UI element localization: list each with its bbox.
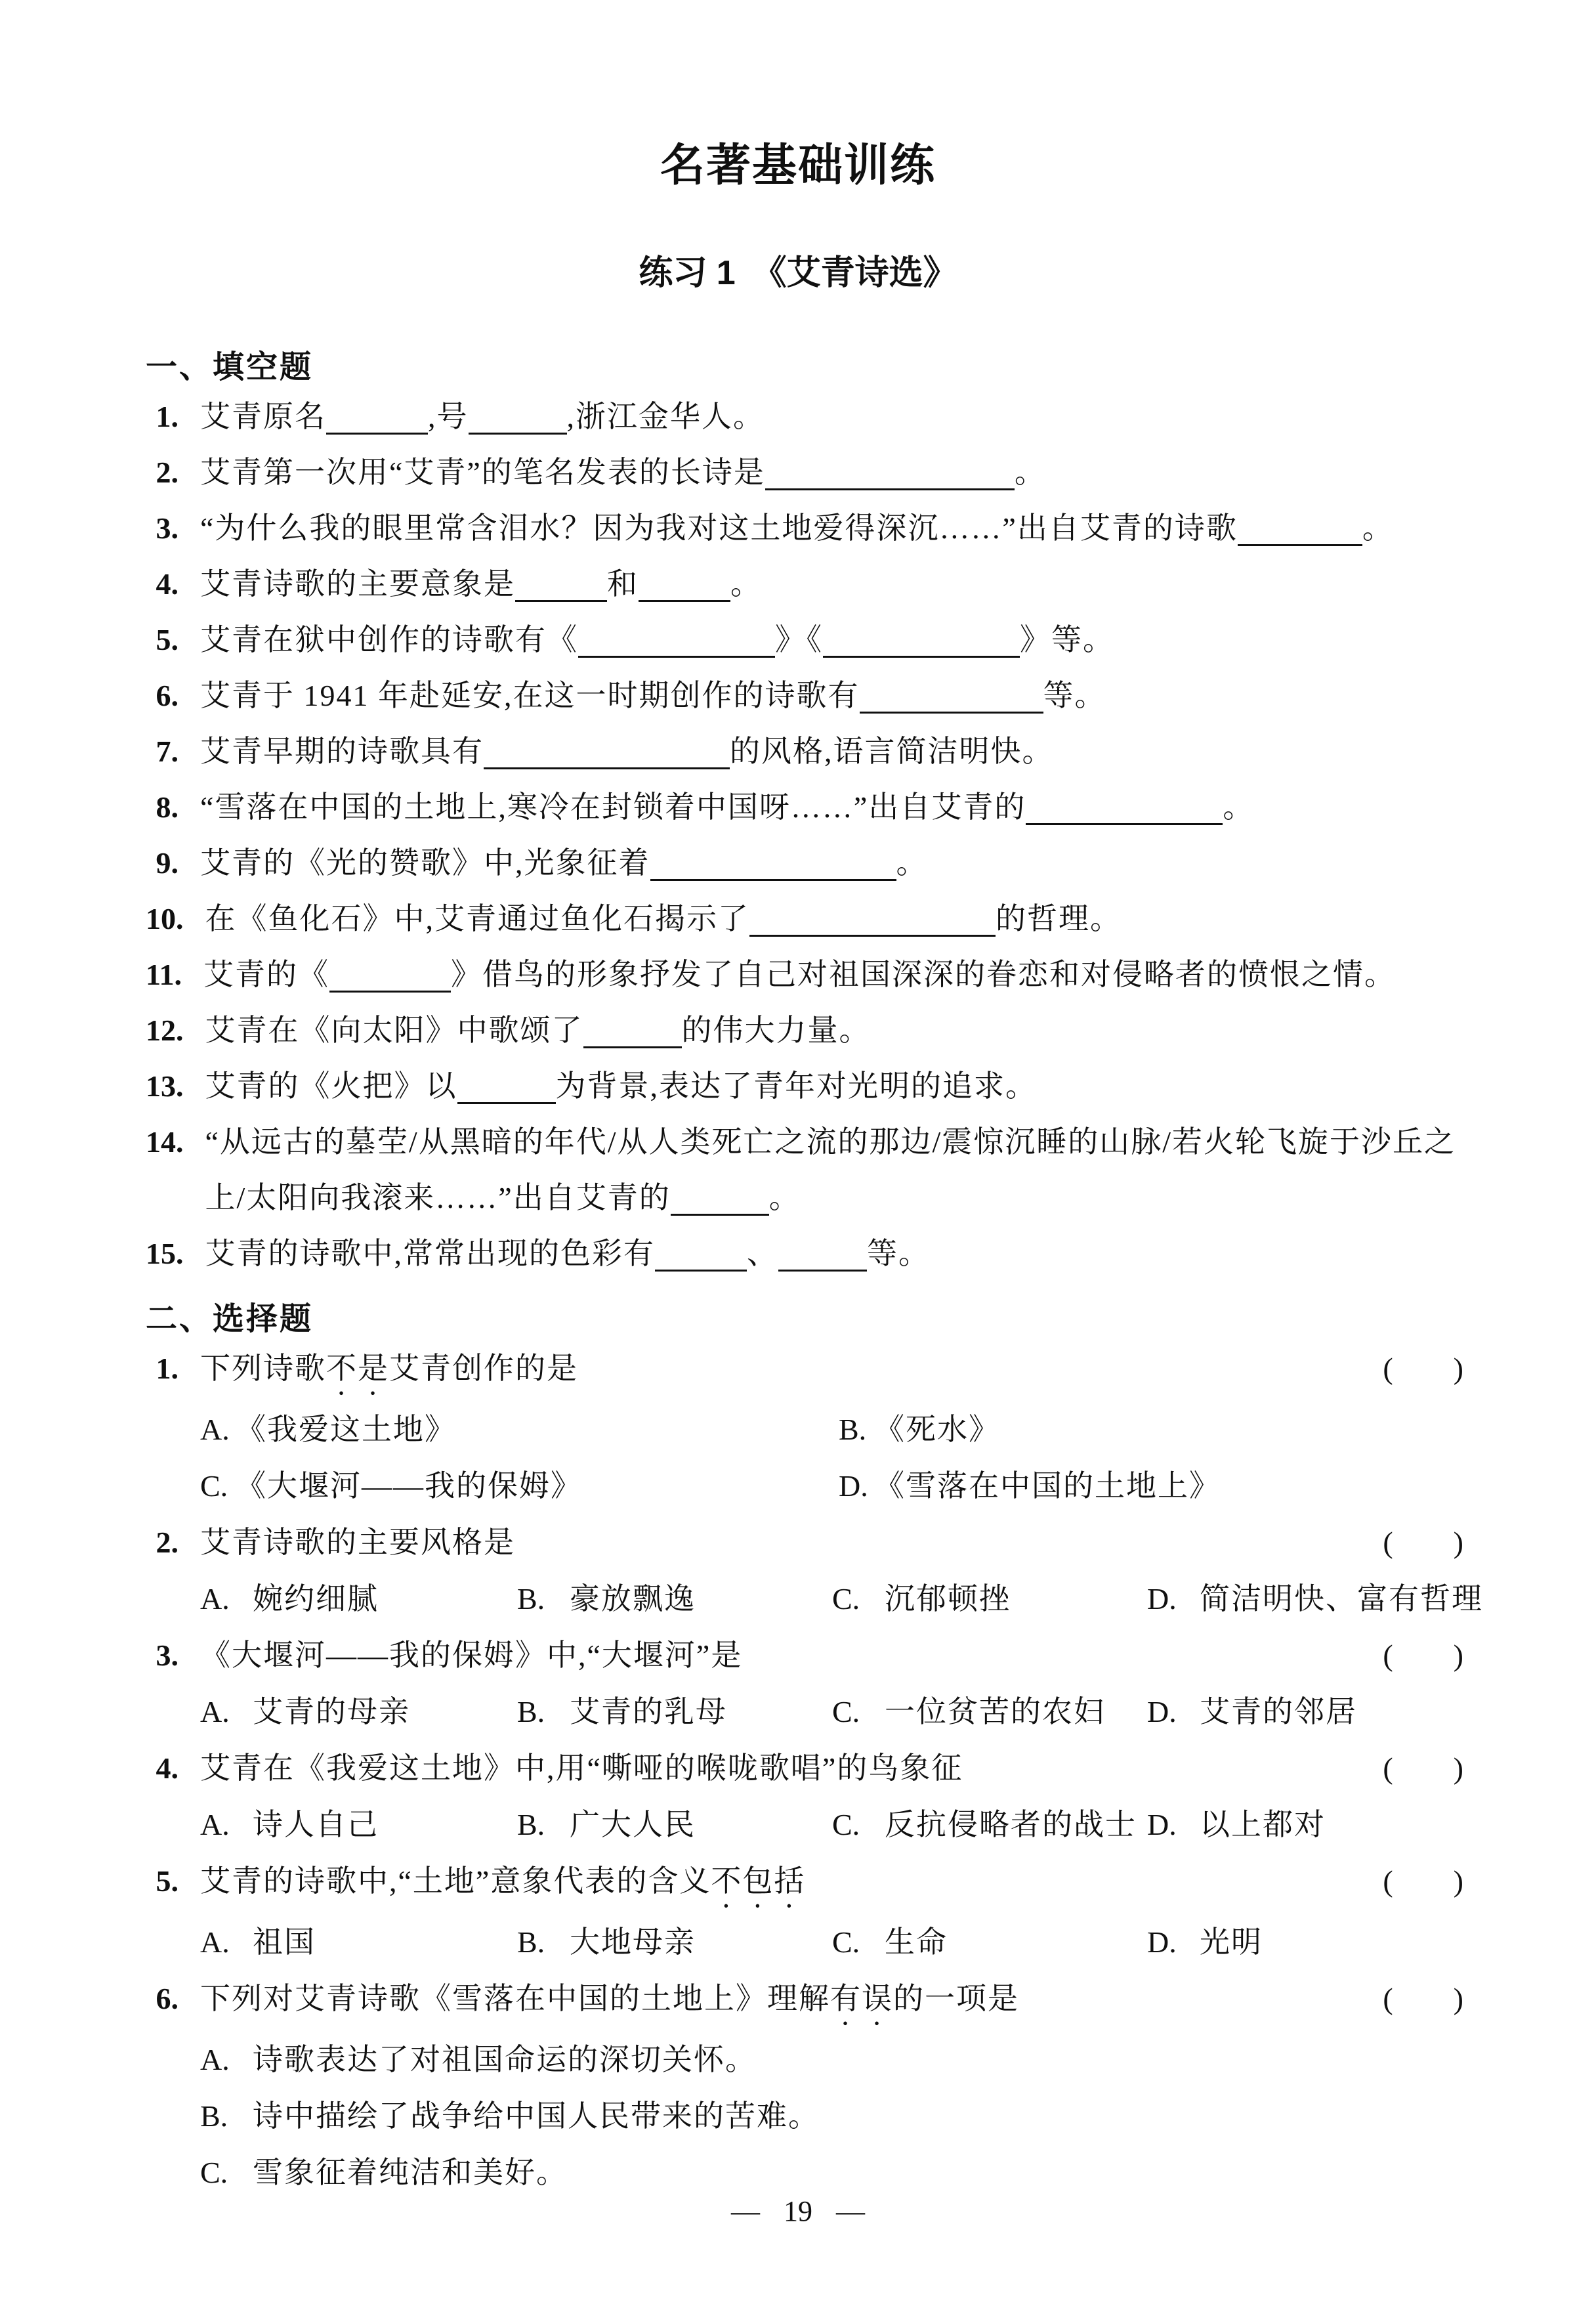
choice-question: 5.艾青的诗歌中,“土地”意象代表的含义不包括( )A.祖国B.大地母亲C.生命… bbox=[146, 1853, 1463, 1971]
item-number: 5. bbox=[146, 612, 200, 668]
fill-items-list: 1.艾青原名,号,浙江金华人。2.艾青第一次用“艾青”的笔名发表的长诗是。3.“… bbox=[146, 389, 1463, 1281]
blank-line bbox=[749, 933, 996, 937]
question-number: 1. bbox=[146, 1340, 200, 1401]
blank-line bbox=[578, 654, 775, 658]
question-row: 2.艾青诗歌的主要风格是( ) bbox=[146, 1514, 1463, 1571]
item-number: 14. bbox=[146, 1114, 205, 1226]
answer-bracket: ( ) bbox=[1370, 1740, 1463, 1797]
item-number: 2. bbox=[146, 444, 200, 500]
item-text: 艾青的《火把》以为背景,表达了青年对光明的追求。 bbox=[205, 1058, 1464, 1114]
item-number: 4. bbox=[146, 556, 200, 612]
question-text: 艾青的诗歌中,“土地”意象代表的含义不包括 bbox=[200, 1853, 805, 1914]
question-text: 艾青诗歌的主要风格是 bbox=[200, 1514, 515, 1571]
text-run: 。 bbox=[1015, 456, 1046, 489]
option-text: 沉郁顿挫 bbox=[885, 1582, 1011, 1615]
item-number: 1. bbox=[146, 389, 200, 444]
options-row: A.婉约细腻B.豪放飘逸C.沉郁顿挫D.简洁明快、富有哲理 bbox=[200, 1571, 1463, 1627]
fill-item: 13.艾青的《火把》以为背景,表达了青年对光明的追求。 bbox=[146, 1058, 1463, 1114]
fill-item: 4.艾青诗歌的主要意象是和。 bbox=[146, 556, 1463, 612]
text-run: ,号 bbox=[428, 400, 469, 433]
text-run: 艾青的诗歌中,常常出现的色彩有 bbox=[205, 1237, 656, 1270]
question-text: 艾青在《我爱这土地》中,用“嘶哑的喉咙歌唱”的鸟象征 bbox=[200, 1740, 963, 1797]
page-title: 名著基础训练 bbox=[0, 0, 1596, 192]
option-text: 豪放飘逸 bbox=[570, 1582, 696, 1615]
option: A.诗人自己 bbox=[200, 1797, 517, 1853]
question-row: 3.《大堰河——我的保姆》中,“大堰河”是( ) bbox=[146, 1627, 1463, 1684]
option: B.诗中描绘了战争给中国人民带来的苦难。 bbox=[200, 2088, 1463, 2145]
question-text: 下列对艾青诗歌《雪落在中国的土地上》理解有误的一项是 bbox=[200, 1971, 1019, 2032]
text-run: 艾青早期的诗歌具有 bbox=[200, 735, 484, 768]
page-footer: — 19 — bbox=[0, 2195, 1596, 2228]
fill-item: 12.艾青在《向太阳》中歌颂了的伟大力量。 bbox=[146, 1002, 1463, 1058]
option-text: 光明 bbox=[1200, 1925, 1263, 1959]
option-text: 《大堰河——我的保姆》 bbox=[236, 1469, 582, 1503]
question-text: 《大堰河——我的保姆》中,“大堰河”是 bbox=[200, 1627, 742, 1684]
question-row: 5.艾青的诗歌中,“土地”意象代表的含义不包括( ) bbox=[146, 1853, 1463, 1914]
page-number: 19 bbox=[784, 2195, 812, 2228]
item-text: “为什么我的眼里常含泪水？因为我对这土地爱得深沉……”出自艾青的诗歌。 bbox=[200, 500, 1463, 556]
fill-item: 8.“雪落在中国的土地上,寒冷在封锁着中国呀……”出自艾青的。 bbox=[146, 779, 1463, 835]
emphasized-text: 不是 bbox=[326, 1352, 389, 1385]
blank-line bbox=[457, 1101, 556, 1104]
option-label: C. bbox=[832, 1571, 885, 1627]
text-run: 艾青于 1941 年赴延安,在这一时期创作的诗歌有 bbox=[200, 679, 860, 712]
question-number: 6. bbox=[146, 1971, 200, 2032]
option: A.婉约细腻 bbox=[200, 1571, 517, 1627]
text-run: 艾青在《向太阳》中歌颂了 bbox=[205, 1014, 583, 1047]
blank-line bbox=[823, 654, 1020, 658]
blank-line bbox=[326, 431, 428, 435]
item-number: 12. bbox=[146, 1002, 205, 1058]
blank-line bbox=[650, 878, 896, 881]
blank-line bbox=[469, 431, 567, 435]
option: C.生命 bbox=[832, 1914, 1147, 1971]
text-run: 下列对艾青诗歌《雪落在中国的土地上》理解 bbox=[200, 1982, 830, 2015]
option-text: 《雪落在中国的土地上》 bbox=[874, 1469, 1221, 1503]
footer-right-dash: — bbox=[836, 2195, 865, 2228]
option: B.广大人民 bbox=[517, 1797, 832, 1853]
fill-item: 9.艾青的《光的赞歌》中,光象征着。 bbox=[146, 835, 1463, 891]
blank-line bbox=[1238, 543, 1362, 546]
option-label: A. bbox=[200, 1571, 253, 1627]
fill-item: 6.艾青于 1941 年赴延安,在这一时期创作的诗歌有等。 bbox=[146, 668, 1463, 723]
text-run: 艾青诗歌的主要风格是 bbox=[200, 1526, 515, 1559]
text-run: 。 bbox=[1362, 511, 1394, 545]
option-text: 《我爱这土地》 bbox=[236, 1413, 456, 1446]
answer-bracket: ( ) bbox=[1370, 1340, 1463, 1401]
option-text: 艾青的母亲 bbox=[253, 1695, 410, 1728]
option-label: A. bbox=[200, 1914, 253, 1971]
answer-bracket: ( ) bbox=[1370, 1627, 1463, 1684]
option: C.一位贫苦的农妇 bbox=[832, 1684, 1147, 1740]
blank-line bbox=[515, 599, 607, 602]
option-text: 艾青的乳母 bbox=[570, 1695, 727, 1728]
option: B.豪放飘逸 bbox=[517, 1571, 832, 1627]
blank-line bbox=[671, 1212, 769, 1216]
option-text: 婉约细腻 bbox=[253, 1582, 379, 1615]
item-text: “雪落在中国的土地上,寒冷在封锁着中国呀……”出自艾青的。 bbox=[200, 779, 1463, 835]
blank-line bbox=[765, 487, 1015, 490]
option-text: 诗歌表达了对祖国命运的深切关怀。 bbox=[253, 2043, 757, 2076]
options-row: A.诗歌表达了对祖国命运的深切关怀。B.诗中描绘了战争给中国人民带来的苦难。C.… bbox=[200, 2032, 1463, 2201]
text-run: 。 bbox=[896, 846, 928, 880]
option-label: C. bbox=[832, 1797, 885, 1853]
option: C.雪象征着纯洁和美好。 bbox=[200, 2145, 1463, 2201]
option-label: C. bbox=[200, 2145, 253, 2201]
item-number: 6. bbox=[146, 668, 200, 723]
text-run: 艾青在《我爱这土地》中,用“嘶哑的喉咙歌唱”的鸟象征 bbox=[200, 1751, 963, 1785]
text-run: 为背景,表达了青年对光明的追求。 bbox=[556, 1069, 1038, 1103]
choice-question: 1.下列诗歌不是艾青创作的是( )A.《我爱这土地》B.《死水》C.《大堰河——… bbox=[146, 1340, 1463, 1514]
text-run: 艾青第一次用“艾青”的笔名发表的长诗是 bbox=[200, 456, 765, 489]
text-run: 的风格,语言简洁明快。 bbox=[730, 735, 1054, 768]
text-run: 和 bbox=[607, 567, 639, 601]
text-run: 艾青的《火把》以 bbox=[205, 1069, 457, 1103]
fill-item: 3.“为什么我的眼里常含泪水？因为我对这土地爱得深沉……”出自艾青的诗歌。 bbox=[146, 500, 1463, 556]
text-run: 的伟大力量。 bbox=[682, 1014, 871, 1047]
blank-line bbox=[778, 1268, 867, 1272]
answer-bracket: ( ) bbox=[1370, 1853, 1463, 1914]
text-run: “为什么我的眼里常含泪水？因为我对这土地爱得深沉……”出自艾青的诗歌 bbox=[200, 511, 1238, 545]
option: A.诗歌表达了对祖国命运的深切关怀。 bbox=[200, 2032, 1463, 2088]
text-run: 艾青的《光的赞歌》中,光象征着 bbox=[200, 846, 650, 880]
text-run: 》《 bbox=[775, 623, 823, 656]
question-number: 5. bbox=[146, 1853, 200, 1914]
option-text: 诗人自己 bbox=[253, 1808, 379, 1841]
choice-question: 4.艾青在《我爱这土地》中,用“嘶哑的喉咙歌唱”的鸟象征( )A.诗人自己B.广… bbox=[146, 1740, 1463, 1853]
text-run: 《大堰河——我的保姆》中,“大堰河”是 bbox=[200, 1638, 742, 1672]
question-row: 6.下列对艾青诗歌《雪落在中国的土地上》理解有误的一项是( ) bbox=[146, 1971, 1463, 2032]
option-text: 生命 bbox=[885, 1925, 948, 1959]
option-label: B. bbox=[517, 1914, 570, 1971]
option-label: C. bbox=[200, 1458, 236, 1514]
text-run: 的一项是 bbox=[893, 1982, 1019, 2015]
text-run: 》等。 bbox=[1020, 623, 1114, 656]
item-text: “从远古的墓茔/从黑暗的年代/从人类死亡之流的那边/震惊沉睡的山脉/若火轮飞旋于… bbox=[205, 1114, 1464, 1226]
text-run: 下列诗歌 bbox=[200, 1352, 326, 1385]
emphasized-text: 不包括 bbox=[711, 1864, 805, 1898]
option: D.《雪落在中国的土地上》 bbox=[839, 1458, 1463, 1514]
option-label: D. bbox=[839, 1458, 874, 1514]
text-run: 。 bbox=[1223, 790, 1254, 824]
text-run: 。 bbox=[730, 567, 762, 601]
section-heading-choice: 二、选择题 bbox=[146, 1298, 1463, 1340]
item-number: 13. bbox=[146, 1058, 205, 1114]
item-text: 艾青在《向太阳》中歌颂了的伟大力量。 bbox=[205, 1002, 1464, 1058]
choice-questions-list: 1.下列诗歌不是艾青创作的是( )A.《我爱这土地》B.《死水》C.《大堰河——… bbox=[146, 1340, 1463, 2201]
blank-line bbox=[583, 1045, 682, 1048]
option-label: D. bbox=[1147, 1684, 1200, 1740]
blank-line bbox=[329, 989, 451, 993]
option-text: 简洁明快、富有哲理 bbox=[1200, 1582, 1483, 1615]
option: C.沉郁顿挫 bbox=[832, 1571, 1147, 1627]
text-run: 的哲理。 bbox=[996, 902, 1122, 935]
option-label: C. bbox=[832, 1914, 885, 1971]
blank-line bbox=[484, 766, 730, 769]
item-text: 艾青原名,号,浙江金华人。 bbox=[200, 389, 1463, 444]
item-number: 3. bbox=[146, 500, 200, 556]
item-text: 艾青第一次用“艾青”的笔名发表的长诗是。 bbox=[200, 444, 1463, 500]
option-label: B. bbox=[839, 1401, 874, 1458]
text-run: 》借鸟的形象抒发了自己对祖国深深的眷恋和对侵略者的愤恨之情。 bbox=[451, 958, 1396, 991]
answer-bracket: ( ) bbox=[1370, 1971, 1463, 2032]
item-number: 11. bbox=[146, 947, 203, 1002]
item-text: 艾青早期的诗歌具有的风格,语言简洁明快。 bbox=[200, 723, 1463, 779]
option-label: B. bbox=[517, 1571, 570, 1627]
option: D.艾青的邻居 bbox=[1147, 1684, 1463, 1740]
option-text: 雪象征着纯洁和美好。 bbox=[253, 2156, 568, 2189]
text-run: 艾青诗歌的主要意象是 bbox=[200, 567, 515, 601]
fill-item: 10.在《鱼化石》中,艾青通过鱼化石揭示了的哲理。 bbox=[146, 891, 1463, 947]
text-run: 在《鱼化石》中,艾青通过鱼化石揭示了 bbox=[205, 902, 750, 935]
question-text: 下列诗歌不是艾青创作的是 bbox=[200, 1340, 578, 1401]
options-row: A.祖国B.大地母亲C.生命D.光明 bbox=[200, 1914, 1463, 1971]
option: A.祖国 bbox=[200, 1914, 517, 1971]
text-run: 艾青的《 bbox=[203, 958, 329, 991]
option-label: B. bbox=[200, 2088, 253, 2145]
blank-line bbox=[639, 599, 730, 602]
fill-item: 14.“从远古的墓茔/从黑暗的年代/从人类死亡之流的那边/震惊沉睡的山脉/若火轮… bbox=[146, 1114, 1463, 1226]
blank-line bbox=[1026, 822, 1223, 825]
worksheet-page: 名著基础训练 练习 1 《艾青诗选》 一、填空题 1.艾青原名,号,浙江金华人。… bbox=[0, 0, 1596, 2310]
option-text: 广大人民 bbox=[570, 1808, 696, 1841]
text-run: 。 bbox=[769, 1181, 801, 1214]
item-number: 7. bbox=[146, 723, 200, 779]
item-text: 艾青的《》借鸟的形象抒发了自己对祖国深深的眷恋和对侵略者的愤恨之情。 bbox=[203, 947, 1463, 1002]
blank-line bbox=[655, 1268, 747, 1272]
options-row: A.诗人自己B.广大人民C.反抗侵略者的战士D.以上都对 bbox=[200, 1797, 1463, 1853]
option-text: 祖国 bbox=[253, 1925, 316, 1959]
section-heading-fill: 一、填空题 bbox=[146, 347, 1463, 389]
text-run: “雪落在中国的土地上,寒冷在封锁着中国呀……”出自艾青的 bbox=[200, 790, 1026, 824]
fill-item: 7.艾青早期的诗歌具有的风格,语言简洁明快。 bbox=[146, 723, 1463, 779]
fill-item: 2.艾青第一次用“艾青”的笔名发表的长诗是。 bbox=[146, 444, 1463, 500]
option: B.艾青的乳母 bbox=[517, 1684, 832, 1740]
fill-item: 5.艾青在狱中创作的诗歌有《》《》等。 bbox=[146, 612, 1463, 668]
option: D.简洁明快、富有哲理 bbox=[1147, 1571, 1483, 1627]
option-text: 诗中描绘了战争给中国人民带来的苦难。 bbox=[253, 2099, 820, 2133]
question-number: 4. bbox=[146, 1740, 200, 1797]
footer-left-dash: — bbox=[731, 2195, 760, 2228]
option-label: A. bbox=[200, 1797, 253, 1853]
options-row: A.艾青的母亲B.艾青的乳母C.一位贫苦的农妇D.艾青的邻居 bbox=[200, 1684, 1463, 1740]
worksheet-content: 一、填空题 1.艾青原名,号,浙江金华人。2.艾青第一次用“艾青”的笔名发表的长… bbox=[0, 347, 1596, 2201]
option-label: D. bbox=[1147, 1914, 1200, 1971]
text-run: 等。 bbox=[867, 1237, 930, 1270]
option-label: A. bbox=[200, 1401, 236, 1458]
text-run: 艾青原名 bbox=[200, 400, 326, 433]
option-label: D. bbox=[1147, 1797, 1200, 1853]
choice-question: 6.下列对艾青诗歌《雪落在中国的土地上》理解有误的一项是( )A.诗歌表达了对祖… bbox=[146, 1971, 1463, 2201]
question-number: 2. bbox=[146, 1514, 200, 1571]
text-run: “从远古的墓茔/从黑暗的年代/从人类死亡之流的那边/震惊沉睡的山脉/若火轮飞旋于… bbox=[205, 1125, 1456, 1214]
text-run: ,浙江金华人。 bbox=[567, 400, 765, 433]
fill-item: 11.艾青的《》借鸟的形象抒发了自己对祖国深深的眷恋和对侵略者的愤恨之情。 bbox=[146, 947, 1463, 1002]
item-text: 艾青在狱中创作的诗歌有《》《》等。 bbox=[200, 612, 1463, 668]
blank-line bbox=[860, 710, 1043, 714]
option: A.《我爱这土地》 bbox=[200, 1401, 839, 1458]
emphasized-text: 有误 bbox=[830, 1982, 893, 2015]
options-row: A.《我爱这土地》B.《死水》C.《大堰河——我的保姆》D.《雪落在中国的土地上… bbox=[200, 1401, 1463, 1514]
option: C.《大堰河——我的保姆》 bbox=[200, 1458, 839, 1514]
option-label: D. bbox=[1147, 1571, 1200, 1627]
option-text: 艾青的邻居 bbox=[1200, 1695, 1357, 1728]
item-text: 艾青的《光的赞歌》中,光象征着。 bbox=[200, 835, 1463, 891]
item-number: 9. bbox=[146, 835, 200, 891]
item-number: 15. bbox=[146, 1226, 205, 1281]
option-label: A. bbox=[200, 2032, 253, 2088]
choice-question: 2.艾青诗歌的主要风格是( )A.婉约细腻B.豪放飘逸C.沉郁顿挫D.简洁明快、… bbox=[146, 1514, 1463, 1627]
question-row: 4.艾青在《我爱这土地》中,用“嘶哑的喉咙歌唱”的鸟象征( ) bbox=[146, 1740, 1463, 1797]
exercise-title: 练习 1 《艾青诗选》 bbox=[0, 253, 1596, 293]
text-run: 、 bbox=[747, 1237, 778, 1270]
option: B.大地母亲 bbox=[517, 1914, 832, 1971]
option: C.反抗侵略者的战士 bbox=[832, 1797, 1147, 1853]
text-run: 艾青的诗歌中,“土地”意象代表的含义 bbox=[200, 1864, 711, 1898]
option: D.以上都对 bbox=[1147, 1797, 1463, 1853]
choice-question: 3.《大堰河——我的保姆》中,“大堰河”是( )A.艾青的母亲B.艾青的乳母C.… bbox=[146, 1627, 1463, 1740]
answer-bracket: ( ) bbox=[1370, 1514, 1463, 1571]
fill-item: 15.艾青的诗歌中,常常出现的色彩有、等。 bbox=[146, 1226, 1463, 1281]
option-label: C. bbox=[832, 1684, 885, 1740]
item-text: 在《鱼化石》中,艾青通过鱼化石揭示了的哲理。 bbox=[205, 891, 1464, 947]
option-text: 大地母亲 bbox=[570, 1925, 696, 1959]
text-run: 艾青创作的是 bbox=[389, 1352, 578, 1385]
option-label: B. bbox=[517, 1684, 570, 1740]
item-text: 艾青的诗歌中,常常出现的色彩有、等。 bbox=[205, 1226, 1464, 1281]
option-text: 以上都对 bbox=[1200, 1808, 1326, 1841]
option-text: 《死水》 bbox=[874, 1413, 1000, 1446]
option: B.《死水》 bbox=[839, 1401, 1463, 1458]
item-number: 10. bbox=[146, 891, 205, 947]
option-label: A. bbox=[200, 1684, 253, 1740]
option: D.光明 bbox=[1147, 1914, 1463, 1971]
question-row: 1.下列诗歌不是艾青创作的是( ) bbox=[146, 1340, 1463, 1401]
question-number: 3. bbox=[146, 1627, 200, 1684]
item-number: 8. bbox=[146, 779, 200, 835]
option-label: B. bbox=[517, 1797, 570, 1853]
text-run: 艾青在狱中创作的诗歌有《 bbox=[200, 623, 578, 656]
fill-item: 1.艾青原名,号,浙江金华人。 bbox=[146, 389, 1463, 444]
text-run: 等。 bbox=[1043, 679, 1106, 712]
item-text: 艾青诗歌的主要意象是和。 bbox=[200, 556, 1463, 612]
option-text: 一位贫苦的农妇 bbox=[885, 1695, 1105, 1728]
option: A.艾青的母亲 bbox=[200, 1684, 517, 1740]
option-text: 反抗侵略者的战士 bbox=[885, 1808, 1137, 1841]
item-text: 艾青于 1941 年赴延安,在这一时期创作的诗歌有等。 bbox=[200, 668, 1463, 723]
